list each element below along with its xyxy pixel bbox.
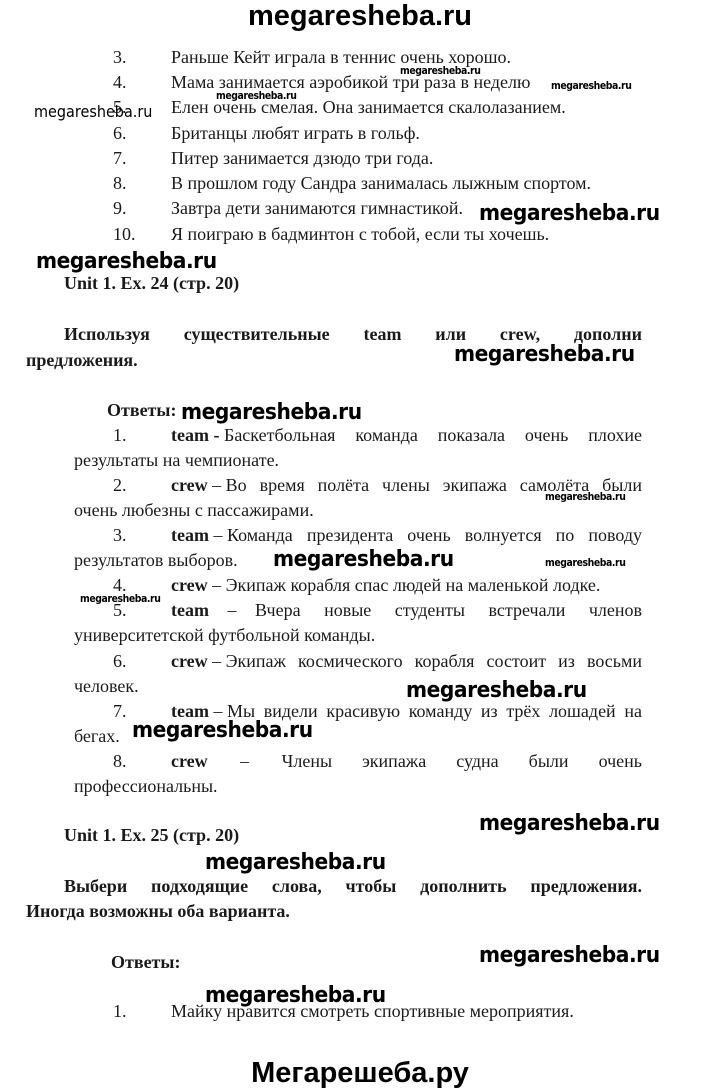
answer-line: crew – Члены экипажа судна были очень [171, 751, 642, 772]
watermark: megaresheba.ru [80, 592, 160, 605]
exercise-24-instruction-line2: предложения. [26, 350, 138, 371]
list-item-number: 10. [113, 224, 136, 245]
answer-text: Члены экипажа судна были очень [282, 751, 642, 772]
answer-text: Команда президента очень волнуется по по… [227, 525, 642, 546]
answer-word: team [171, 525, 209, 546]
answer-separator: – [209, 600, 255, 621]
list-item-number: 9. [113, 198, 127, 219]
exercise-24-heading: Unit 1. Ex. 24 (стр. 20) [64, 273, 239, 294]
answer-text: Экипаж корабля спас людей на маленькой л… [226, 575, 601, 596]
answer-separator: – [208, 651, 226, 672]
watermark: megaresheba.ru [273, 547, 454, 572]
watermark: megaresheba.ru [454, 342, 635, 367]
list-item-text: Я поиграю в бадминтон с тобой, если ты х… [171, 224, 549, 245]
answer-continuation: бегах. [74, 726, 120, 747]
exercise-25-heading: Unit 1. Ex. 25 (стр. 20) [64, 825, 239, 846]
watermark: megaresheba.ru [479, 811, 660, 836]
watermark: megaresheba.ru [36, 249, 217, 274]
list-item-number: 6. [113, 123, 127, 144]
answer-number: 3. [113, 525, 127, 546]
answer-separator: – [208, 475, 226, 496]
header-watermark: megaresheba.ru [0, 0, 720, 33]
list-item-text: Британцы любят играть в гольф. [171, 123, 420, 144]
exercise-24-answers-label: Ответы: [107, 400, 176, 421]
watermark: megaresheba.ru [400, 64, 480, 77]
answer-line: team - Баскетбольная команда показала оч… [171, 425, 642, 446]
answer-line: crew – Экипаж космического корабля состо… [171, 651, 642, 672]
watermark: megaresheba.ru [406, 678, 587, 703]
watermark: megaresheba.ru [551, 79, 631, 92]
exercise-25-answers-label: Ответы: [111, 952, 180, 973]
answer-number: 2. [113, 475, 127, 496]
list-item-number: 8. [113, 173, 127, 194]
answer-word: crew [171, 751, 208, 772]
answer-continuation: университетской футбольной команды. [74, 625, 375, 646]
watermark: megaresheba.ru [205, 850, 386, 875]
watermark: megaresheba.ru [479, 943, 660, 968]
answer-number: 8. [113, 751, 127, 772]
answer-text: Вчера новые студенты встречали членов [255, 600, 642, 621]
watermark: megaresheba.ru [34, 102, 152, 121]
answer-word: team [171, 600, 209, 621]
answer-continuation: очень любезны с пассажирами. [74, 500, 314, 521]
answer-line: team – Команда президента очень волнуетс… [171, 525, 642, 546]
exercise-25-instruction-line1: Выбери подходящие слова, чтобы дополнить… [64, 876, 642, 897]
watermark: megaresheba.ru [545, 556, 625, 569]
list-item-text: В прошлом году Сандра занималась лыжным … [171, 173, 591, 194]
watermark: megaresheba.ru [545, 490, 625, 503]
watermark: megaresheba.ru [479, 201, 660, 226]
answer-number: 1. [113, 1001, 127, 1022]
instruction-word: team [363, 324, 401, 345]
watermark: megaresheba.ru [205, 983, 386, 1008]
answer-separator: – [208, 751, 282, 772]
answer-number: 1. [113, 425, 127, 446]
exercise-25-instruction-line2: Иногда возможны оба варианта. [26, 901, 290, 922]
list-item-number: 3. [113, 47, 127, 68]
answer-separator: – [208, 575, 226, 596]
list-item-number: 4. [113, 72, 127, 93]
answer-word: crew [171, 475, 208, 496]
list-item-text: Завтра дети занимаются гимнастикой. [171, 198, 463, 219]
answer-word: crew [171, 651, 208, 672]
answer-number: 7. [113, 701, 127, 722]
answer-number: 6. [113, 651, 127, 672]
answer-separator: – [209, 525, 227, 546]
answer-word: crew [171, 575, 208, 596]
answer-line: team – Вчера новые студенты встречали чл… [171, 600, 642, 621]
watermark: megaresheba.ru [181, 400, 362, 425]
answer-continuation: человек. [74, 676, 139, 697]
answer-continuation: результаты на чемпионате. [74, 450, 279, 471]
instruction-word: Используя [64, 324, 150, 345]
answer-continuation: профессиональны. [74, 776, 218, 797]
answer-text: Баскетбольная команда показала очень пло… [224, 425, 642, 446]
answer-separator: - [209, 425, 224, 446]
answer-word: team [171, 425, 209, 446]
answer-line: crew – Экипаж корабля спас людей на мале… [171, 575, 600, 596]
document-page: megaresheba.ru 3. Раньше Кейт играла в т… [0, 0, 720, 1092]
list-item-text: Питер занимается дзюдо три года. [171, 148, 433, 169]
answer-text: Экипаж космического корабля состоит из в… [226, 651, 642, 672]
list-item-number: 7. [113, 148, 127, 169]
watermark: megaresheba.ru [132, 718, 313, 743]
answer-continuation: результатов выборов. [74, 550, 238, 571]
watermark: megaresheba.ru [216, 89, 296, 102]
footer-watermark: Мегарешеба.ру [0, 1057, 720, 1090]
instruction-word: существительные [184, 324, 330, 345]
